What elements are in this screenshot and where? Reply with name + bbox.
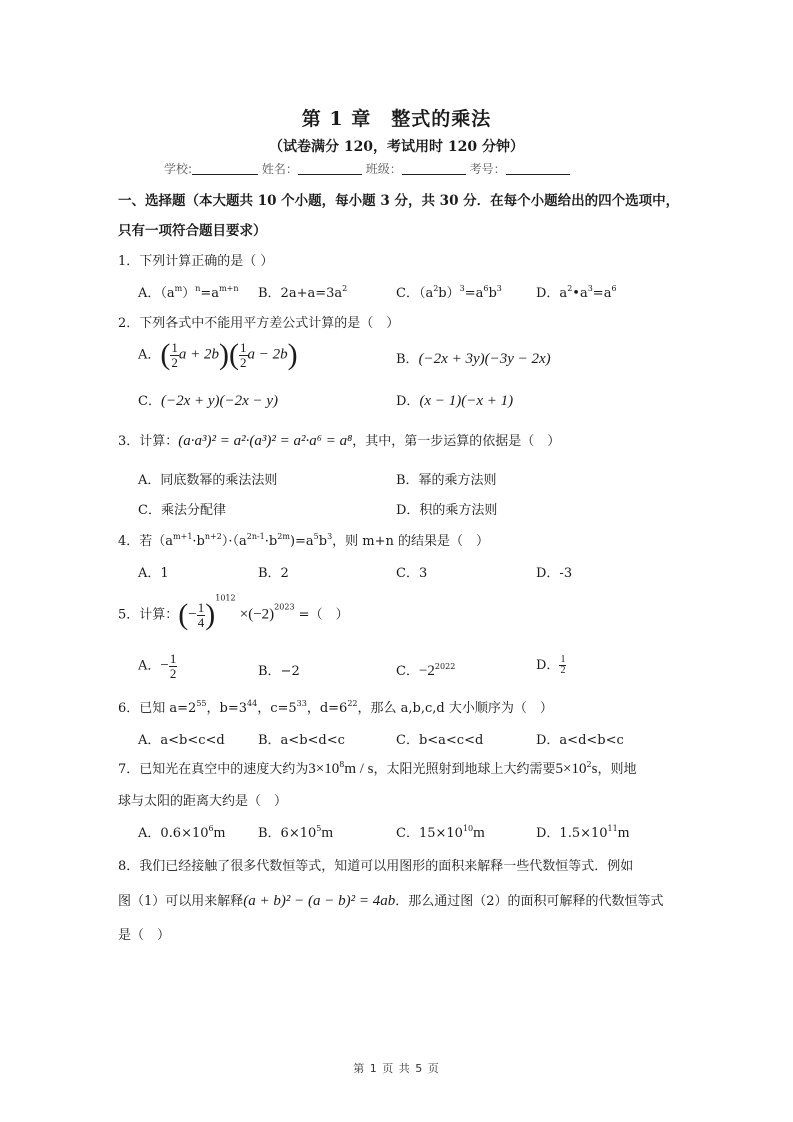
page-subtitle: （试卷满分 120，考试用时 120 分钟）: [0, 136, 793, 156]
question-3-stem: 3．计算：(a·a³)² = a²·(a³)² = a²·a⁶ = a⁸，其中，…: [118, 430, 560, 450]
question-4-option-c[interactable]: C．3: [396, 562, 427, 581]
question-2-option-b[interactable]: B．(−2x + 3y)(−3y − 2x): [396, 348, 551, 368]
question-3-option-c[interactable]: C．乘法分配律: [138, 499, 226, 518]
name-field[interactable]: [298, 162, 362, 175]
question-7-stem: 7．已知光在真空中的速度大约为3×108m / s，太阳光照射到地球上大约需要5…: [118, 758, 636, 778]
question-4-stem: 4．若（am+1·bn+2）·（a2n-1·b2m)=a5b3，则 m+n 的结…: [118, 530, 489, 549]
question-7-option-b[interactable]: B．6×105m: [258, 822, 333, 842]
question-1-option-d[interactable]: D．a2•a3=a6: [536, 282, 617, 301]
school-label: 学校:: [164, 162, 192, 176]
question-4-option-b[interactable]: B．2: [258, 562, 289, 581]
question-2-option-c[interactable]: C．(−2x + y)(−2x − y): [138, 390, 278, 410]
question-8-stem-line3: 是（ ）: [118, 924, 170, 943]
question-6-option-c[interactable]: C．b<a<c<d: [396, 729, 483, 748]
exam-no-label: 考号：: [470, 162, 506, 176]
student-info: 学校: 姓名： 班级： 考号：: [164, 160, 570, 177]
question-5-option-b[interactable]: B．−2: [258, 660, 300, 679]
question-6-option-b[interactable]: B．a<b<d<c: [258, 729, 345, 748]
question-3-option-a[interactable]: A．同底数幂的乘法法则: [138, 469, 277, 488]
question-7-option-d[interactable]: D．1.5×1011m: [536, 822, 629, 842]
question-3-option-b[interactable]: B．幂的乘方法则: [396, 469, 497, 488]
question-1-option-c[interactable]: C．（a2b）3=a6b3: [396, 282, 502, 301]
class-label: 班级：: [366, 162, 402, 176]
question-4-option-a[interactable]: A．1: [138, 562, 169, 581]
question-6-stem: 6．已知 a=255，b=344，c=533，d=622，那么 a,b,c,d …: [118, 697, 553, 716]
question-7-option-a[interactable]: A．0.6×106m: [138, 822, 225, 842]
question-1-stem: 1．下列计算正确的是（ ）: [118, 250, 273, 269]
school-field[interactable]: [192, 162, 258, 175]
question-3-option-d[interactable]: D．积的乘方法则: [396, 499, 497, 518]
question-1-option-b[interactable]: B．2a+a=3a2: [258, 282, 347, 301]
question-5-option-a[interactable]: A．−12: [138, 652, 177, 680]
question-2-stem: 2．下列各式中不能用平方差公式计算的是（ ）: [118, 312, 399, 331]
question-6-option-d[interactable]: D．a<d<b<c: [536, 729, 624, 748]
question-8-stem: 8．我们已经接触了很多代数恒等式，知道可以用图形的面积来解释一些代数恒等式．例如: [118, 855, 633, 874]
question-1-option-a[interactable]: A．（am）n=am+n: [138, 282, 239, 301]
question-8-stem-line2: 图（1）可以用来解释(a + b)² − (a − b)² = 4ab．那么通过…: [118, 890, 664, 910]
question-4-option-d[interactable]: D．-3: [536, 562, 572, 581]
question-7-option-c[interactable]: C．15×1010m: [396, 822, 485, 842]
question-2-option-d[interactable]: D．(x − 1)(−x + 1): [396, 390, 513, 410]
section-heading: 一、选择题（本大题共 10 个小题，每小题 3 分，共 30 分．在每个小题给出…: [118, 189, 679, 209]
section-heading-cont: 只有一项符合题目要求）: [118, 219, 267, 239]
question-5-option-d[interactable]: D．12: [536, 654, 566, 677]
exam-no-field[interactable]: [506, 162, 570, 175]
class-field[interactable]: [402, 162, 466, 175]
name-label: 姓名：: [262, 162, 298, 176]
question-2-option-a[interactable]: A．(12a + 2b)(12a − 2b): [138, 338, 298, 372]
question-5-option-c[interactable]: C．−22022: [396, 660, 455, 680]
page-footer: 第 1 页 共 5 页: [0, 1060, 793, 1076]
question-7-stem-cont: 球与太阳的距离大约是（ ）: [118, 790, 287, 809]
question-6-option-a[interactable]: A．a<b<c<d: [138, 729, 225, 748]
page-title: 第 1 章 整式的乘法: [0, 104, 793, 131]
question-5-stem: 5．计算：(−14)1012 ×(−2)2023 =（ ）: [118, 598, 349, 632]
